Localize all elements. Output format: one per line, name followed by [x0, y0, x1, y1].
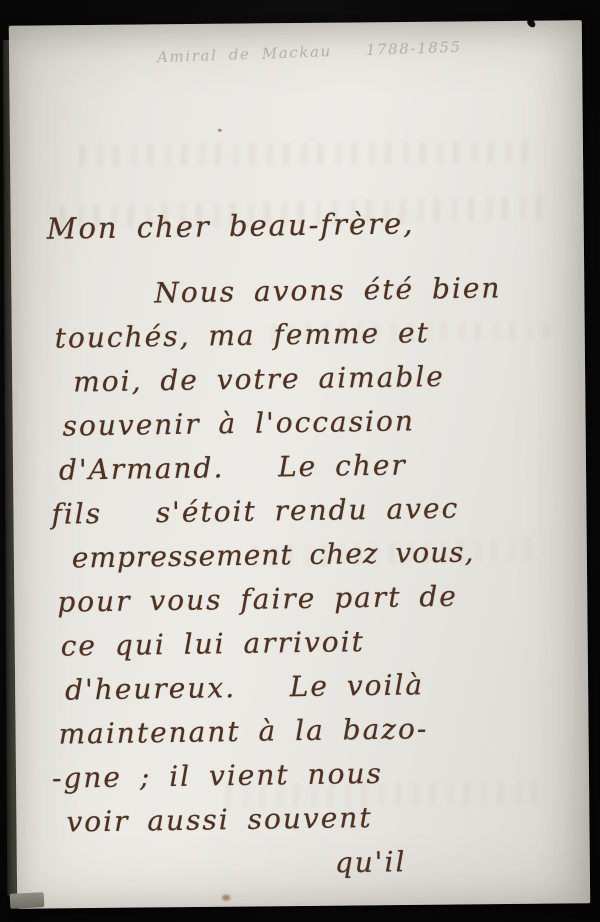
- letter-line: fils s'étoit rendu avec: [51, 485, 564, 537]
- letter-line: d'heureux. Le voilà: [65, 661, 566, 712]
- letter-page: Amiral de Mackau 1788-1855 Mon cher beau…: [9, 20, 590, 908]
- letter-line: souvenir à l'occasion: [62, 397, 563, 448]
- letter-line: touchés, ma femme et: [54, 309, 562, 361]
- letter-line: voir aussi souvent: [66, 793, 567, 844]
- letter-line: d'Armand. Le cher: [59, 441, 564, 492]
- paper-fleck: [218, 129, 222, 132]
- letter-line: maintenant à la bazo-: [58, 705, 566, 757]
- photo-background: Amiral de Mackau 1788-1855 Mon cher beau…: [0, 0, 600, 922]
- paper-clip-fragment: [10, 892, 45, 909]
- paper-tear-speck: [526, 18, 537, 28]
- letter-body: Mon cher beau-frère, Nous avons été bien…: [41, 200, 568, 887]
- letter-line: moi, de votre aimable: [73, 353, 563, 404]
- catchword: qu'il: [335, 838, 568, 885]
- letter-line: ce qui lui arrivoit: [60, 617, 565, 668]
- ink-stain: [222, 895, 230, 901]
- letter-line: -gne ; il vient nous: [52, 749, 567, 801]
- letter-line: Nous avons été bien: [154, 265, 562, 315]
- letter-line: pour vous faire part de: [57, 573, 565, 625]
- show-through-smudge: [70, 141, 540, 168]
- letter-line: empressement chez vous,: [72, 529, 565, 580]
- letter-salutation: Mon cher beau-frère,: [46, 199, 561, 251]
- pencil-annotation: Amiral de Mackau 1788-1855: [157, 37, 477, 66]
